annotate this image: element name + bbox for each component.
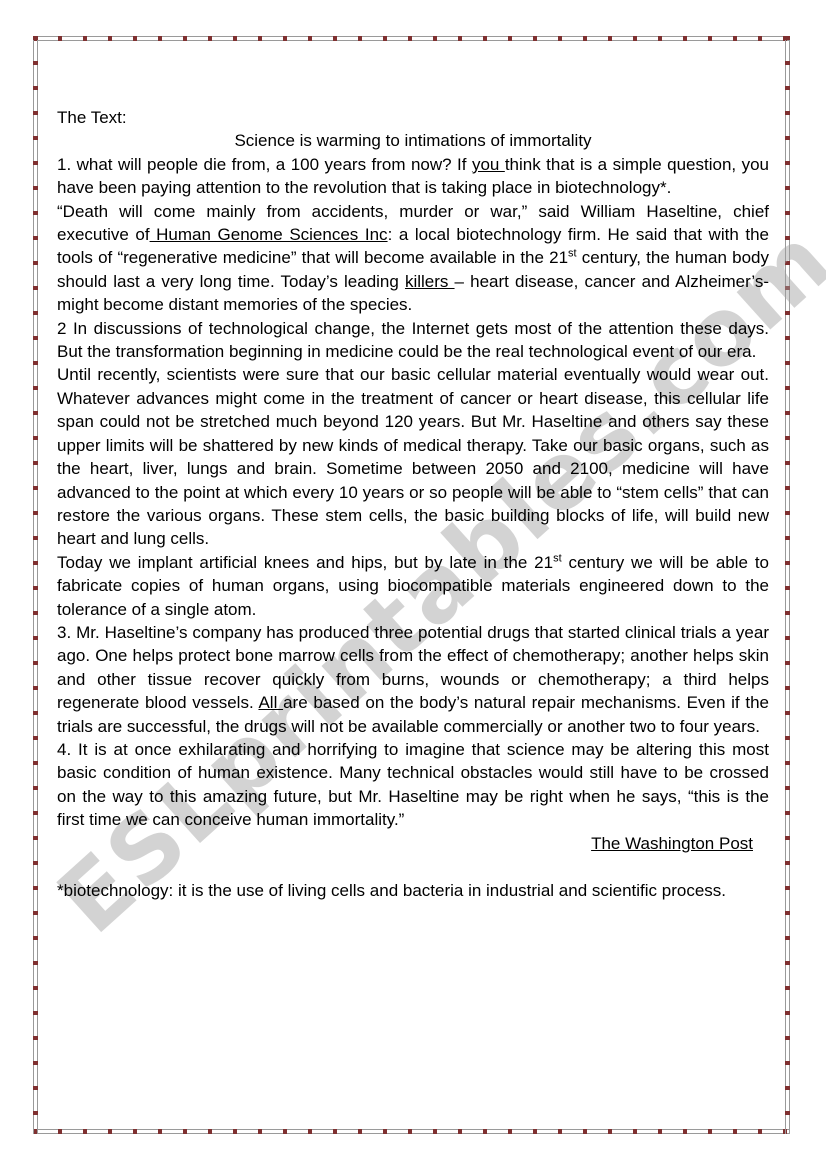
border-right-edge — [785, 36, 790, 1134]
article-title: Science is warming to intimations of imm… — [57, 129, 769, 152]
border-top-edge — [33, 36, 790, 41]
byline-source: The Washington Post — [591, 834, 753, 853]
text-label: The Text: — [57, 106, 769, 129]
paragraph: 2 In discussions of technological change… — [57, 317, 769, 364]
byline-line: The Washington Post — [57, 832, 769, 855]
paragraph: “Death will come mainly from accidents, … — [57, 200, 769, 317]
document-content: The Text: Science is warming to intimati… — [57, 106, 769, 902]
underlined-text: All — [258, 693, 283, 712]
border-bottom-edge — [33, 1129, 790, 1134]
border-left-edge — [33, 36, 38, 1134]
article-body: 1. what will people die from, a 100 year… — [57, 153, 769, 832]
body-text: 4. It is at once exhilarating and horrif… — [57, 740, 769, 829]
body-text: 2 In discussions of technological change… — [57, 319, 769, 361]
paragraph: 1. what will people die from, a 100 year… — [57, 153, 769, 200]
underlined-text: killers — [405, 272, 455, 291]
paragraph: Until recently, scientists were sure tha… — [57, 363, 769, 550]
paragraph: 4. It is at once exhilarating and horrif… — [57, 738, 769, 832]
underlined-text: you — [472, 155, 505, 174]
superscript-text: st — [568, 248, 577, 260]
footnote: *biotechnology: it is the use of living … — [57, 879, 769, 902]
body-text: 1. what will people die from, a 100 year… — [57, 155, 472, 174]
underlined-text: Human Genome Sciences Inc — [150, 225, 388, 244]
body-text: Until recently, scientists were sure tha… — [57, 365, 769, 548]
body-text: Today we implant artificial knees and hi… — [57, 553, 553, 572]
superscript-text: st — [553, 552, 562, 564]
paragraph: Today we implant artificial knees and hi… — [57, 551, 769, 621]
paragraph: 3. Mr. Haseltine’s company has produced … — [57, 621, 769, 738]
